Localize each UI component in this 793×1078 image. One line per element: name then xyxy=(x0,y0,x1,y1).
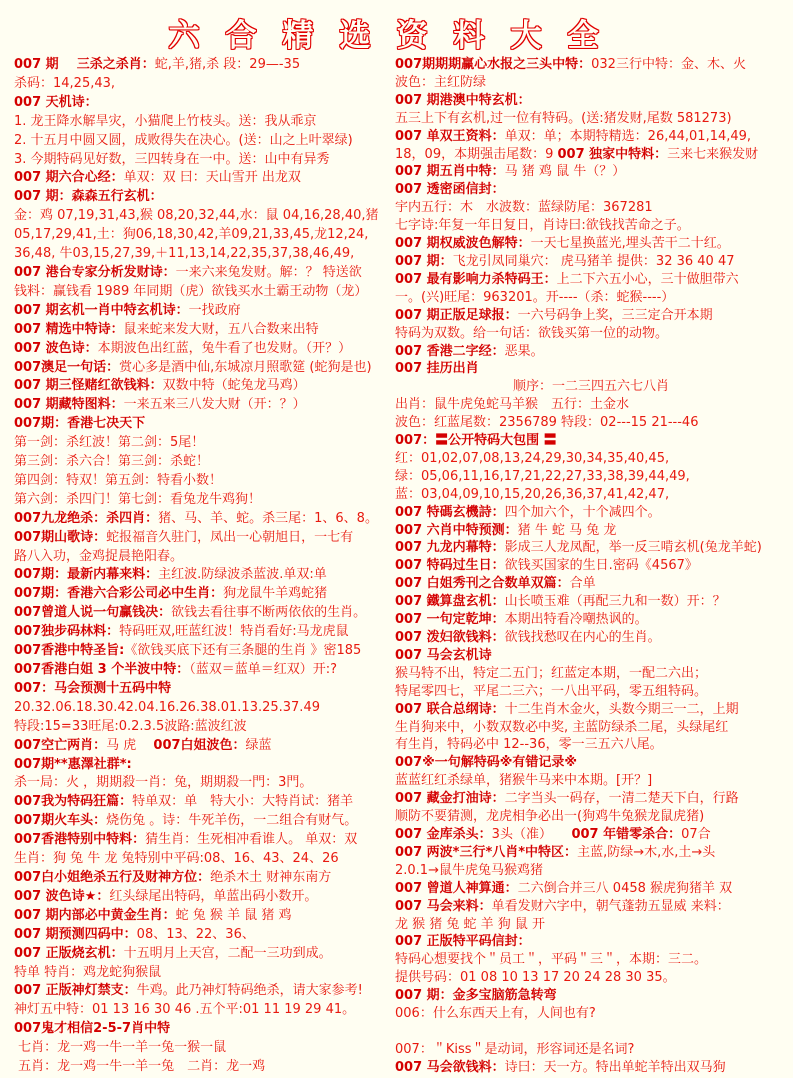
heading-text: 007 精选中特诗： xyxy=(14,322,124,337)
body-text: 出肖：鼠牛虎兔蛇马羊猴 五行：土金水 xyxy=(395,397,629,412)
text-line: 特码心想要找个＂员工＂，平码＂三＂，本期：三二。 xyxy=(395,951,787,969)
text-line: 007 六肖中特预测：猪 牛 蛇 马 兔 龙 xyxy=(395,522,787,540)
content-columns: 007 期 三杀之杀肖：蛇,羊,猪,杀 段：29—-35杀码：14,25,43,… xyxy=(0,56,793,1077)
text-line: 顺防不要猜测，龙虎相争必出一(狗鸡牛兔猴龙鼠虎猪) xyxy=(395,808,787,826)
heading-text: 007 期藏特图料： xyxy=(14,397,124,412)
body-text: 特码旺双,旺蓝红波！特肖看好:马龙虎鼠 xyxy=(119,624,349,639)
body-text: 第一剑：杀红波！第二剑：5尾！ xyxy=(14,435,204,450)
heading-text: 007 鐵算盘玄机： xyxy=(395,594,505,609)
text-line: 007 两波*三行*八肖*中特区：主蓝,防绿→木,水,土→头 xyxy=(395,844,787,862)
body-text: 05,17,29,41,土：狗06,18,30,42,羊09,21,33,45,… xyxy=(14,227,368,242)
body-text: 猴马特不出，特定二五门；红蓝定本期，一配二六出； xyxy=(395,666,707,681)
body-text: 07合 xyxy=(681,827,711,842)
heading-text: 007 期正版足球报： xyxy=(395,308,518,323)
text-line: 宇内五行：木 水波数：蓝绿防尾：367281 xyxy=(395,199,787,217)
text-line: 提供号码：01 08 10 13 17 20 24 28 30 35。 xyxy=(395,969,787,987)
body-text: 路八入功，金鸡捉晨艳阳春。 xyxy=(14,549,183,564)
text-line: 007 波色诗：本期波色出红蓝，兔牛看了也发财。（开？） xyxy=(14,340,395,359)
text-line: 007 金库杀头：3头（准） 007 年错零杀合：07合 xyxy=(395,826,787,844)
text-line: 007 泼妇欲钱料：欲钱找愁叹在内心的生肖。 xyxy=(395,629,787,647)
body-text: 马 虎 xyxy=(106,738,153,753)
body-text: 红头绿尾出特码，单蓝出码小数开。 xyxy=(109,889,317,904)
body-text: 第三剑：杀六合！第三剑：杀蛇！ xyxy=(14,454,209,469)
text-line: 007 香港二字经：恶果。 xyxy=(395,343,787,361)
text-line: 007 期三怪赌红欲钱料：双数中特（蛇兔龙马鸡） xyxy=(14,377,395,396)
text-line: 007期火车头：烧伤兔 。诗：牛死羊伤，一二组合有财气。 xyxy=(14,812,395,831)
body-text: 《欲钱买底下还有三条腿的生肖 》密185 xyxy=(124,643,361,658)
text-line: 20.32.06.18.30.42.04.16.26.38.01.13.25.3… xyxy=(14,699,395,718)
text-line: 007 特码过生日：欲钱买国家的生日.密码《4567》 xyxy=(395,557,787,575)
heading-text: 007：马会预测十五码中特 xyxy=(14,681,171,696)
body-text: 欲钱找愁叹在内心的生肖。 xyxy=(505,630,661,645)
text-line: 007：马会预测十五码中特 xyxy=(14,680,395,699)
body-text: 金：鸡 07,19,31,43,猴 08,20,32,44,水：鼠 04,16,… xyxy=(14,208,379,223)
body-text: 山长喷玉难（再配三九和一数）开：？ xyxy=(505,594,726,609)
text-line xyxy=(395,1023,787,1041)
text-line: 007 马会来料：单看发财六字中，朝气蓬勃五显威 来料： xyxy=(395,898,787,916)
text-line: 006：什么东西天上有，人间也有? xyxy=(395,1005,787,1023)
body-text: 特段:15=33旺尾:0.2.3.5波路:蓝波红波 xyxy=(14,719,247,734)
body-text: （蓝双＝蓝单＝红双）开:? xyxy=(189,662,337,677)
body-text: 杀码：14,25,43, xyxy=(14,76,115,91)
text-line: 007 马会欲钱料：诗曰：天一方。特出单蛇羊特出双马狗 xyxy=(395,1059,787,1077)
text-line: 007白小姐绝杀五行及财神方位：绝杀木土 财神东南方 xyxy=(14,869,395,888)
heading-text: 007 白姐秀刊之合数单双篇： xyxy=(395,576,570,591)
heading-text: 007 透密函信封： xyxy=(395,182,505,197)
body-text: 上二下六五小心，三十做胆带六 xyxy=(557,272,739,287)
body-text: 有生肖，特码必中 12--36，零一三五六八尾。 xyxy=(395,737,663,752)
body-text: 主红波.防绿波杀蓝波.单双:单 xyxy=(158,567,327,582)
heading-text: 007 泼妇欲钱料： xyxy=(395,630,505,645)
text-line: 36,48, 牛03,15,27,39,＋11,13,14,22,35,37,3… xyxy=(14,245,395,264)
text-line: 007我为特码狂篇：特单双：单 特大小：大特肖试：猪羊 xyxy=(14,793,395,812)
heading-text: 007 马会来料： xyxy=(395,899,492,914)
text-line: 007澳足一句话：赏心多是酒中仙,东城凉月照歌筵 (蛇狗是也) xyxy=(14,359,395,378)
heading-text: 007澳足一句话： xyxy=(14,360,119,375)
body-text: 生肖狗来中，小数双数必中奖, 主蓝防绿杀二尾，头绿尾红 xyxy=(395,720,728,735)
body-text: 一来五来三八发大财（开：？） xyxy=(124,397,306,412)
heading-text: 007 独家中特料： xyxy=(558,147,668,162)
heading-text: 007 港台专家分析发财诗： xyxy=(14,265,176,280)
body-text: 双数中特（蛇兔龙马鸡） xyxy=(163,378,306,393)
body-text: 顺序：一二三四五六七八肖 xyxy=(513,379,669,394)
text-line: 007期期期赢心水报之三头中特：032三行中特：金、木、火 xyxy=(395,56,787,74)
body-text: 36,48, 牛03,15,27,39,＋11,13,14,22,35,37,3… xyxy=(14,246,354,261)
body-text: 一六号码争上奖，三三定合开本期 xyxy=(518,308,713,323)
text-line: 007 九龙内幕特：影成三人龙凤配，举一反三啃玄机(兔龙羊蛇) xyxy=(395,539,787,557)
body-text: 特单双：单 特大小：大特肖试：猪羊 xyxy=(132,794,353,809)
body-text: 龙 猴 猪 兔 蛇 羊 狗 鼠 开 xyxy=(395,917,545,932)
text-line: 出肖：鼠牛虎兔蛇马羊猴 五行：土金水 xyxy=(395,396,787,414)
text-line: 特段:15=33旺尾:0.2.3.5波路:蓝波红波 xyxy=(14,718,395,737)
body-text: 第四剑：特双！第五剑：特看小数！ xyxy=(14,473,222,488)
body-text: 3. 今期特码见好数，三四转身在一中。送：山中有异秀 xyxy=(14,152,330,167)
heading-text: 007 特码过生日： xyxy=(395,558,505,573)
text-line: 特单 特肖：鸡龙蛇狗猴鼠 xyxy=(14,964,395,983)
text-line: 特码为双数。给一句话：欲钱买第一位的动物。 xyxy=(395,325,787,343)
body-text: 猪、马、羊、蛇。杀三尾：1、6、8。 xyxy=(158,511,378,526)
text-line: 007 正版神灯禁支：牛鸡。此乃神灯特码绝杀，请大家参考! xyxy=(14,982,395,1001)
body-text: 单看发财六字中，朝气蓬勃五显威 来料： xyxy=(492,899,730,914)
text-line: 007曾道人说一句赢钱决：欲钱去看往事不断两依依的生肖。 xyxy=(14,604,395,623)
body-text: 一找政府 xyxy=(189,303,241,318)
heading-text: 007 期玄机一肖中特玄机诗： xyxy=(14,303,189,318)
body-text: 本期出特看冷嘲热讽的。 xyxy=(505,612,648,627)
text-line: 007 波色诗★：红头绿尾出特码，单蓝出码小数开。 xyxy=(14,888,395,907)
heading-text: 007※一句解特码※有错记录※ xyxy=(395,755,577,770)
body-text: 猜生肖：生死相冲看谁人。 单双：双 xyxy=(145,832,357,847)
text-line: 007 正版特平码信封： xyxy=(395,933,787,951)
text-line: 007香港特别中特料：猜生肖：生死相冲看谁人。 单双：双 xyxy=(14,831,395,850)
body-text: 032三行中特：金、木、火 xyxy=(591,57,746,72)
text-line: 007 期港澳中特玄机： xyxy=(395,92,787,110)
heading-text: 007：〓公开特码大包围 〓 xyxy=(395,433,557,448)
heading-text: 007鬼才相信2-5-7肖中特 xyxy=(14,1021,170,1036)
body-text: 恶果。 xyxy=(505,344,544,359)
text-line: 007 期六合心经：单双：双 曰：天山雪开 出龙双 xyxy=(14,169,395,188)
heading-text: 007香港特别中特料： xyxy=(14,832,145,847)
body-text: 特码为双数。给一句话：欲钱买第一位的动物。 xyxy=(395,326,668,341)
heading-text: 007白姐波色： xyxy=(153,738,245,753)
body-text: 红：01,02,07,08,13,24,29,30,34,35,40,45, xyxy=(395,451,669,466)
text-line: 007 正版烧玄机：十五明月上天宫，二配一三功到成。 xyxy=(14,945,395,964)
body-text: 五肖：龙一鸡一牛一羊一兔 二肖：龙一鸡 xyxy=(14,1059,265,1074)
text-line: 007 白姐秀刊之合数单双篇：合单 xyxy=(395,575,787,593)
heading-text: 007 期五肖中特： xyxy=(395,164,505,179)
text-line: 007鬼才相信2-5-7肖中特 xyxy=(14,1020,395,1039)
heading-text: 007 正版神灯禁支： xyxy=(14,983,137,998)
text-line: 007 期：金多宝脑筋急转弯 xyxy=(395,987,787,1005)
text-line: 蓝蓝红红杀绿单，猪猴牛马来中本期。[开？] xyxy=(395,772,787,790)
text-line: 007期**惠澤社群*: xyxy=(14,756,395,775)
heading-text: 007期火车头： xyxy=(14,813,106,828)
text-line: 有生肖，特码必中 12--36，零一三五六八尾。 xyxy=(395,736,787,754)
text-line: 007独步码林料：特码旺双,旺蓝红波！特肖看好:马龙虎鼠 xyxy=(14,623,395,642)
text-line: 七肖：龙一鸡一牛一羊一兔一猴一鼠 xyxy=(14,1039,395,1058)
heading-text: 007曾道人说一句赢钱决： xyxy=(14,605,171,620)
heading-text: 007 联合总纲诗： xyxy=(395,702,505,717)
text-line: 007 曾道人神算通：二六倒合并三八 0458 猴虎狗猪羊 双 xyxy=(395,880,787,898)
text-line: 红：01,02,07,08,13,24,29,30,34,35,40,45, xyxy=(395,450,787,468)
text-line: 007香港白姐 3 个半波中特：（蓝双＝蓝单＝红双）开:? xyxy=(14,661,395,680)
heading-text: 007 曾道人神算通： xyxy=(395,881,518,896)
body-text: 赏心多是酒中仙,东城凉月照歌筵 (蛇狗是也) xyxy=(119,360,371,375)
text-line: 007期山歌诗：蛇报福音久驻门，凤出一心朝旭日，一七有 xyxy=(14,529,395,548)
heading-text: 007期期期赢心水报之三头中特： xyxy=(395,57,591,72)
text-line: 第三剑：杀六合！第三剑：杀蛇！ xyxy=(14,453,395,472)
text-line: 007 马会玄机诗 xyxy=(395,647,787,665)
text-line: 007 期藏特图料：一来五来三八发大财（开：？） xyxy=(14,396,395,415)
body-text: 杀一局：火 ，期期殺一肖：兔，期期殺一門：3門。 xyxy=(14,775,312,790)
heading-text: 007 期三怪赌红欲钱料： xyxy=(14,378,163,393)
body-text: 蛇报福音久驻门，凤出一心朝旭日，一七有 xyxy=(106,530,353,545)
heading-text: 007 马会欲钱料： xyxy=(395,1060,505,1075)
text-line: 五肖：龙一鸡一牛一羊一兔 二肖：龙一鸡 xyxy=(14,1058,395,1077)
text-line: 波色：红蓝尾数：2356789 特段：02---15 21---46 xyxy=(395,414,787,432)
text-line: 007 期正版足球报：一六号码争上奖，三三定合开本期 xyxy=(395,307,787,325)
body-text: 蛇,羊,猪,杀 段：29—-35 xyxy=(155,57,300,72)
body-text: 马 猪 鸡 鼠 牛（？） xyxy=(505,164,626,179)
body-text: 特单 特肖：鸡龙蛇狗猴鼠 xyxy=(14,965,161,980)
body-text: 主蓝,防绿→木,水,土→头 xyxy=(577,845,715,860)
heading-text: 007 年错零杀合： xyxy=(571,827,681,842)
body-text: 提供号码：01 08 10 13 17 20 24 28 30 35。 xyxy=(395,970,676,985)
text-line: 007 挂历出肖 xyxy=(395,360,787,378)
body-text: 二六倒合并三八 0458 猴虎狗猪羊 双 xyxy=(518,881,732,896)
body-text: 欲钱买国家的生日.密码《4567》 xyxy=(505,558,698,573)
text-line: 七字诗:年复一年日复日，肖诗曰:欲钱找苦命之子。 xyxy=(395,217,787,235)
heading-text: 007 马会玄机诗 xyxy=(395,648,492,663)
text-line: 龙 猴 猪 兔 蛇 羊 狗 鼠 开 xyxy=(395,916,787,934)
text-line: 007 期玄机一肖中特玄机诗：一找政府 xyxy=(14,302,395,321)
heading-text: 007 波色诗★： xyxy=(14,889,109,904)
text-line: 007 单双王资料：单双：单；本期特精选：26,44,01,14,49, xyxy=(395,128,787,146)
body-text: 二字当头一码存，一清二楚天下白，行路 xyxy=(505,791,739,806)
text-line: 生肖狗来中，小数双数必中奖, 主蓝防绿杀二尾，头绿尾红 xyxy=(395,719,787,737)
text-line: 007：〓公开特码大包围 〓 xyxy=(395,432,787,450)
heading-text: 007 香港二字经： xyxy=(395,344,505,359)
text-line: 杀一局：火 ，期期殺一肖：兔，期期殺一門：3門。 xyxy=(14,774,395,793)
body-text: 波色：红蓝尾数：2356789 特段：02---15 21---46 xyxy=(395,415,698,430)
body-text: 十五明月上天宫，二配一三功到成。 xyxy=(124,946,332,961)
text-line: 007 特碼玄機詩：四个加六个，十个减四个。 xyxy=(395,504,787,522)
body-text: 神灯五中特：01 13 16 30 46 .五个平:01 11 19 29 41… xyxy=(14,1002,355,1017)
text-line: 007期：最新内幕来料：主红波.防绿波杀蓝波.单双:单 xyxy=(14,566,395,585)
body-text: 飞龙引凤同巢穴： 虎马猪羊 提供：32 36 40 47 xyxy=(453,254,735,269)
heading-text: 007 挂历出肖 xyxy=(395,361,479,376)
heading-text: 007 藏金打油诗： xyxy=(395,791,505,806)
body-text: 七肖：龙一鸡一牛一羊一兔一猴一鼠 xyxy=(14,1040,226,1055)
body-text: 蓝：03,04,09,10,15,20,26,36,37,41,42,47, xyxy=(395,487,669,502)
heading-text: 007白小姐绝杀五行及财神方位： xyxy=(14,870,210,885)
body-text: 绿蓝 xyxy=(246,738,272,753)
text-line: 18，09，本期强击尾数：9 007 独家中特料：三来七来猴发财 xyxy=(395,146,787,164)
body-text: 特码心想要找个＂员工＂，平码＂三＂，本期：三二。 xyxy=(395,952,707,967)
heading-text: 007 金库杀头： xyxy=(395,827,492,842)
body-text: 一天七星换蓝光,埋头苦干二十红。 xyxy=(531,236,730,251)
text-line: 007 期五肖中特：马 猪 鸡 鼠 牛（？） xyxy=(395,163,787,181)
body-text: 一。(兴)旺尾：963201。开----（杀：蛇猴----） xyxy=(395,290,674,305)
heading-text: 007香港中特圣旨: xyxy=(14,643,124,658)
body-text: 钱料：赢钱看 1989 年同期（虎）欲钱买水土霸王动物（龙） xyxy=(14,284,367,299)
body-text: 四个加六个，十个减四个。 xyxy=(505,505,661,520)
body-text: 绝杀木土 财神东南方 xyxy=(210,870,331,885)
heading-text: 007 最有影响力杀特码王： xyxy=(395,272,557,287)
heading-text: 007 期：森森五行玄机： xyxy=(14,189,163,204)
heading-text: 007期**惠澤社群*: xyxy=(14,757,132,772)
body-text: 影成三人龙凤配，举一反三啃玄机(兔龙羊蛇) xyxy=(505,540,762,555)
body-text: 蛇 兔 猴 羊 鼠 猪 鸡 xyxy=(176,908,292,923)
text-line: 钱料：赢钱看 1989 年同期（虎）欲钱买水土霸王动物（龙） xyxy=(14,283,395,302)
heading-text: 007 期 三杀之杀肖： xyxy=(14,57,155,72)
text-line: 神灯五中特：01 13 16 30 46 .五个平:01 11 19 29 41… xyxy=(14,1001,395,1020)
body-text: 七字诗:年复一年日复日，肖诗曰:欲钱找苦命之子。 xyxy=(395,218,690,233)
body-text: 生肖：狗 兔 牛 龙 兔特别中平码:08、16、43、24、26 xyxy=(14,851,339,866)
body-text: 第六剑：杀四门！第七剑：看兔龙牛鸡狗！ xyxy=(14,492,261,507)
heading-text: 007香港白姐 3 个半波中特： xyxy=(14,662,189,677)
heading-text: 007空亡两肖： xyxy=(14,738,106,753)
text-line: 007※一句解特码※有错记录※ xyxy=(395,754,787,772)
text-line: 3. 今期特码见好数，三四转身在一中。送：山中有异秀 xyxy=(14,151,395,170)
text-line: 金：鸡 07,19,31,43,猴 08,20,32,44,水：鼠 04,16,… xyxy=(14,207,395,226)
heading-text: 007期：香港六合彩公司必中生肖： xyxy=(14,586,223,601)
body-text: 3头（准） xyxy=(492,827,572,842)
text-line: 007 最有影响力杀特码王：上二下六五小心，三十做胆带六 xyxy=(395,271,787,289)
body-text: 20.32.06.18.30.42.04.16.26.38.01.13.25.3… xyxy=(14,700,320,715)
body-text: 单双：双 曰：天山雪开 出龙双 xyxy=(124,170,301,185)
text-line: 007香港中特圣旨:《欲钱买底下还有三条腿的生肖 》密185 xyxy=(14,642,395,661)
body-text: 诗曰：天一方。特出单蛇羊特出双马狗 xyxy=(505,1060,726,1075)
text-line: 007 期 三杀之杀肖：蛇,羊,猪,杀 段：29—-35 xyxy=(14,56,395,75)
left-column: 007 期 三杀之杀肖：蛇,羊,猪,杀 段：29—-35杀码：14,25,43,… xyxy=(14,56,395,1077)
text-line: 007 天机诗： xyxy=(14,94,395,113)
body-text: 08、13、22、36、 xyxy=(137,927,255,942)
text-line: 2.0.1→鼠牛虎兔马猴鸡猪 xyxy=(395,862,787,880)
body-text: 五三上下有玄机,过一位有特码。(送:猪发财,尾数 581273) xyxy=(395,111,732,126)
text-line: 杀码：14,25,43, xyxy=(14,75,395,94)
heading-text: 007 期港澳中特玄机： xyxy=(395,93,531,108)
heading-text: 007 两波*三行*八肖*中特区： xyxy=(395,845,577,860)
heading-text: 007 期权威波色解特： xyxy=(395,236,531,251)
text-line: 007 鐵算盘玄机：山长喷玉难（再配三九和一数）开：？ xyxy=(395,593,787,611)
heading-text: 007 期六合心经： xyxy=(14,170,124,185)
body-text: 烧伤兔 。诗：牛死羊伤，一二组合有财气。 xyxy=(106,813,357,828)
body-text: 波色：主红防绿 xyxy=(395,75,486,90)
body-text: 特尾零四七，平尾二三六；一八出平码，零五组特码。 xyxy=(395,684,707,699)
text-line: 007 期权威波色解特：一天七星换蓝光,埋头苦干二十红。 xyxy=(395,235,787,253)
body-text: 狗龙鼠牛羊鸡蛇猪 xyxy=(223,586,327,601)
page-title: 六合精选资料大全 xyxy=(0,0,793,56)
body-text: 007：＂Kiss＂是动词，形容词还是名词? xyxy=(395,1042,634,1057)
heading-text: 007 特碼玄機詩： xyxy=(395,505,505,520)
heading-text: 007我为特码狂篇： xyxy=(14,794,132,809)
text-line: 生肖：狗 兔 牛 龙 兔特别中平码:08、16、43、24、26 xyxy=(14,850,395,869)
body-text: 牛鸡。此乃神灯特码绝杀，请大家参考! xyxy=(137,983,363,998)
text-line: 007 一句定乾坤：本期出特看冷嘲热讽的。 xyxy=(395,611,787,629)
body-text: 猪 牛 蛇 马 兔 龙 xyxy=(518,523,617,538)
heading-text: 007 天机诗： xyxy=(14,95,98,110)
heading-text: 007 期： xyxy=(395,254,453,269)
heading-text: 007期山歌诗： xyxy=(14,530,106,545)
text-line: 007 期：飞龙引凤同巢穴： 虎马猪羊 提供：32 36 40 47 xyxy=(395,253,787,271)
text-line: 007 藏金打油诗：二字当头一码存，一清二楚天下白，行路 xyxy=(395,790,787,808)
text-line: 蓝：03,04,09,10,15,20,26,36,37,41,42,47, xyxy=(395,486,787,504)
body-text: 2.0.1→鼠牛虎兔马猴鸡猪 xyxy=(395,863,543,878)
heading-text: 007 九龙内幕特： xyxy=(395,540,505,555)
heading-text: 007 期预测四码中： xyxy=(14,927,137,942)
heading-text: 007 期：金多宝脑筋急转弯 xyxy=(395,988,557,1003)
body-text: 18，09，本期强击尾数：9 xyxy=(395,147,558,162)
text-line: 007九龙绝杀：杀四肖：猪、马、羊、蛇。杀三尾：1、6、8。 xyxy=(14,510,395,529)
text-line: 波色：主红防绿 xyxy=(395,74,787,92)
text-line: 第六剑：杀四门！第七剑：看兔龙牛鸡狗！ xyxy=(14,491,395,510)
right-column: 007期期期赢心水报之三头中特：032三行中特：金、木、火波色：主红防绿007 … xyxy=(395,56,787,1077)
text-line: 五三上下有玄机,过一位有特码。(送:猪发财,尾数 581273) xyxy=(395,110,787,128)
body-text: 单双：单；本期特精选：26,44,01,14,49, xyxy=(505,129,751,144)
text-line: 路八入功，金鸡捉晨艳阳春。 xyxy=(14,548,395,567)
text-line: 一。(兴)旺尾：963201。开----（杀：蛇猴----） xyxy=(395,289,787,307)
body-text: 顺防不要猜测，龙虎相争必出一(狗鸡牛兔猴龙鼠虎猪) xyxy=(395,809,704,824)
heading-text: 007 正版特平码信封： xyxy=(395,934,531,949)
text-line: 第四剑：特双！第五剑：特看小数！ xyxy=(14,472,395,491)
body-text: 宇内五行：木 水波数：蓝绿防尾：367281 xyxy=(395,200,653,215)
heading-text: 007独步码林料： xyxy=(14,624,119,639)
text-line: 特尾零四七，平尾二三六；一八出平码，零五组特码。 xyxy=(395,683,787,701)
heading-text: 007 期内部必中黄金生肖： xyxy=(14,908,176,923)
heading-text: 007期：香港七决天下 xyxy=(14,416,145,431)
body-text: 十二生肖木金火，头数今期三一二，上期 xyxy=(505,702,739,717)
body-text: 本期波色出红蓝，兔牛看了也发财。（开？） xyxy=(98,341,352,356)
text-line: 007：＂Kiss＂是动词，形容词还是名词? xyxy=(395,1041,787,1059)
text-line: 007 透密函信封： xyxy=(395,181,787,199)
body-text: 绿：05,06,11,16,17,21,22,27,33,38,39,44,49… xyxy=(395,469,690,484)
heading-text: 007 一句定乾坤： xyxy=(395,612,505,627)
text-line: 007 期内部必中黄金生肖：蛇 兔 猴 羊 鼠 猪 鸡 xyxy=(14,907,395,926)
text-line: 1. 龙王降水解旱灾，小猫爬上竹枝头。送：我从乖京 xyxy=(14,113,395,132)
heading-text: 007 单双王资料： xyxy=(395,129,505,144)
text-line: 007 精选中特诗：鼠来蛇来发大财，五八合数来出特 xyxy=(14,321,395,340)
body-text: 合单 xyxy=(570,576,596,591)
text-line: 007期：香港六合彩公司必中生肖：狗龙鼠牛羊鸡蛇猪 xyxy=(14,585,395,604)
text-line: 007 港台专家分析发财诗：一来六来兔发财。解：？ 特送欲 xyxy=(14,264,395,283)
heading-text: 007 正版烧玄机： xyxy=(14,946,124,961)
text-line: 顺序：一二三四五六七八肖 xyxy=(395,378,787,396)
text-line: 007 期：森森五行玄机： xyxy=(14,188,395,207)
heading-text: 007九龙绝杀：杀四肖： xyxy=(14,511,158,526)
body-text: 1. 龙王降水解旱灾，小猫爬上竹枝头。送：我从乖京 xyxy=(14,114,317,129)
text-line: 007 联合总纲诗：十二生肖木金火，头数今期三一二，上期 xyxy=(395,701,787,719)
text-line: 007期：香港七决天下 xyxy=(14,415,395,434)
body-text: 欲钱去看往事不断两依依的生肖。 xyxy=(171,605,366,620)
lottery-tips-sheet: 六合精选资料大全 007 期 三杀之杀肖：蛇,羊,猪,杀 段：29—-35杀码：… xyxy=(0,0,793,1078)
body-text: 蓝蓝红红杀绿单，猪猴牛马来中本期。[开？] xyxy=(395,773,652,788)
body-text: 三来七来猴发财 xyxy=(667,147,758,162)
text-line: 007 期预测四码中：08、13、22、36、 xyxy=(14,926,395,945)
text-line: 绿：05,06,11,16,17,21,22,27,33,38,39,44,49… xyxy=(395,468,787,486)
body-text: 006：什么东西天上有，人间也有? xyxy=(395,1006,596,1021)
body-text: 鼠来蛇来发大财，五八合数来出特 xyxy=(124,322,319,337)
text-line: 2. 十五月中圆又圆，成败得失在决心。(送：山之上叶翠绿) xyxy=(14,132,395,151)
heading-text: 007 六肖中特预测： xyxy=(395,523,518,538)
body-text: 2. 十五月中圆又圆，成败得失在决心。(送：山之上叶翠绿) xyxy=(14,133,353,148)
text-line: 05,17,29,41,土：狗06,18,30,42,羊09,21,33,45,… xyxy=(14,226,395,245)
heading-text: 007 波色诗： xyxy=(14,341,98,356)
text-line: 007空亡两肖：马 虎 007白姐波色：绿蓝 xyxy=(14,737,395,756)
body-text: 一来六来兔发财。解：？ 特送欲 xyxy=(176,265,362,280)
text-line: 猴马特不出，特定二五门；红蓝定本期，一配二六出； xyxy=(395,665,787,683)
text-line: 第一剑：杀红波！第二剑：5尾！ xyxy=(14,434,395,453)
heading-text: 007期：最新内幕来料： xyxy=(14,567,158,582)
